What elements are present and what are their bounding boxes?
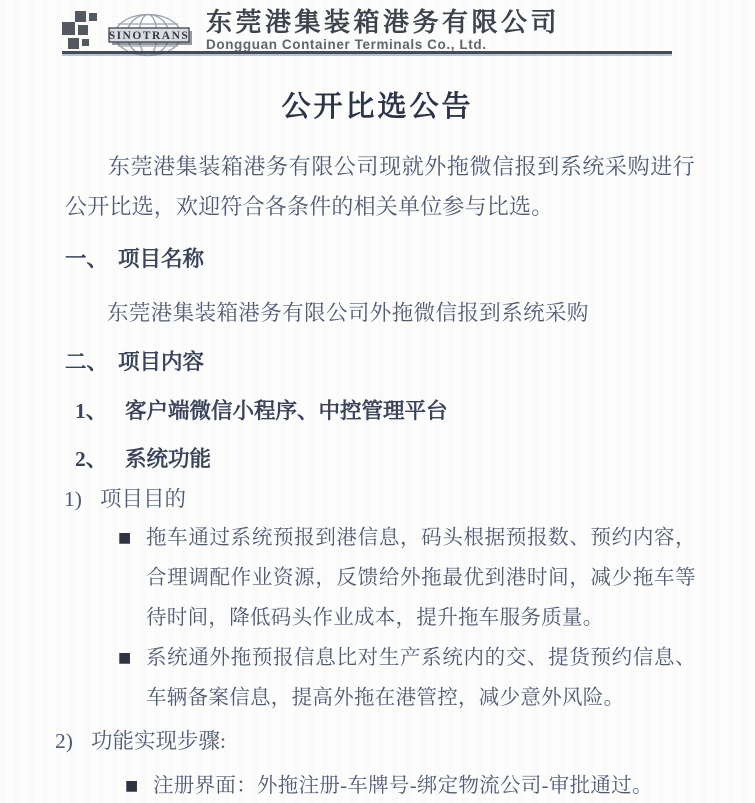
- bullet-text: 拖车通过系统预报到港信息，码头根据预报数、预约内容，合理调配作业资源，反馈给外拖…: [146, 527, 696, 629]
- section-2-number: 二、: [65, 349, 118, 375]
- document-page: SINOTRANS 东莞港集装箱港务有限公司 Dongguan Containe…: [0, 0, 755, 803]
- letterhead-rule: [62, 51, 672, 54]
- section-1-title: 项目名称: [118, 247, 204, 271]
- section-1-number: 一、: [65, 246, 118, 272]
- point-1-label: 1)项目目的: [64, 486, 186, 512]
- point-2-title: 功能实现步骤:: [91, 729, 226, 753]
- subsection-1-heading: 1、客户端微信小程序、中控管理平台: [75, 398, 448, 424]
- letterhead: SINOTRANS 东莞港集装箱港务有限公司 Dongguan Containe…: [0, 0, 755, 56]
- subsection-2-heading: 2、系统功能: [75, 446, 211, 472]
- point-2-number: 2): [55, 728, 91, 754]
- bullet-item: ■ 系统通外拖预报信息比对生产系统内的交、提货预约信息、车辆备案信息，提高外拖在…: [118, 638, 696, 718]
- subsection-1-number: 1、: [75, 398, 125, 424]
- step-bullet-list: ■ 注册界面：外拖注册-车牌号-绑定物流公司-审批通过。: [125, 768, 731, 803]
- subsection-2-number: 2、: [75, 446, 125, 472]
- bullet-square-icon: ■: [118, 518, 132, 558]
- intro-paragraph: 东莞港集装箱港务有限公司现就外拖微信报到系统采购进行公开比选，欢迎符合各条件的相…: [65, 147, 695, 227]
- company-name-cn: 东莞港集装箱港务有限公司: [206, 8, 560, 36]
- subsection-1-title: 客户端微信小程序、中控管理平台: [125, 399, 448, 423]
- bullet-text: 系统通外拖预报信息比对生产系统内的交、提货预约信息、车辆备案信息，提高外拖在港管…: [146, 647, 696, 709]
- subsection-2-title: 系统功能: [125, 447, 211, 471]
- section-1-heading: 一、项目名称: [65, 246, 204, 272]
- section-2-heading: 二、项目内容: [65, 349, 204, 375]
- bullet-square-icon: ■: [125, 768, 139, 803]
- company-name-block: 东莞港集装箱港务有限公司 Dongguan Container Terminal…: [206, 8, 560, 52]
- section-1-body: 东莞港集装箱港务有限公司外拖微信报到系统采购: [107, 296, 589, 327]
- point-2-label: 2)功能实现步骤:: [55, 728, 226, 754]
- point-1-number: 1): [64, 486, 100, 512]
- purpose-bullet-list: ■ 拖车通过系统预报到港信息，码头根据预报数、预约内容，合理调配作业资源，反馈给…: [118, 518, 696, 718]
- logo-banner-text: SINOTRANS: [109, 30, 190, 42]
- point-1-title: 项目目的: [100, 487, 186, 511]
- sinotrans-squares-icon: [62, 10, 104, 52]
- bullet-square-icon: ■: [118, 638, 132, 678]
- bullet-item: ■ 注册界面：外拖注册-车牌号-绑定物流公司-审批通过。: [125, 768, 731, 803]
- section-2-title: 项目内容: [118, 350, 204, 374]
- bullet-text: 注册界面：外拖注册-车牌号-绑定物流公司-审批通过。: [153, 775, 653, 797]
- page-title: 公开比选公告: [0, 84, 755, 125]
- company-name-en: Dongguan Container Terminals Co., Ltd.: [206, 37, 560, 52]
- bullet-item: ■ 拖车通过系统预报到港信息，码头根据预报数、预约内容，合理调配作业资源，反馈给…: [118, 518, 696, 638]
